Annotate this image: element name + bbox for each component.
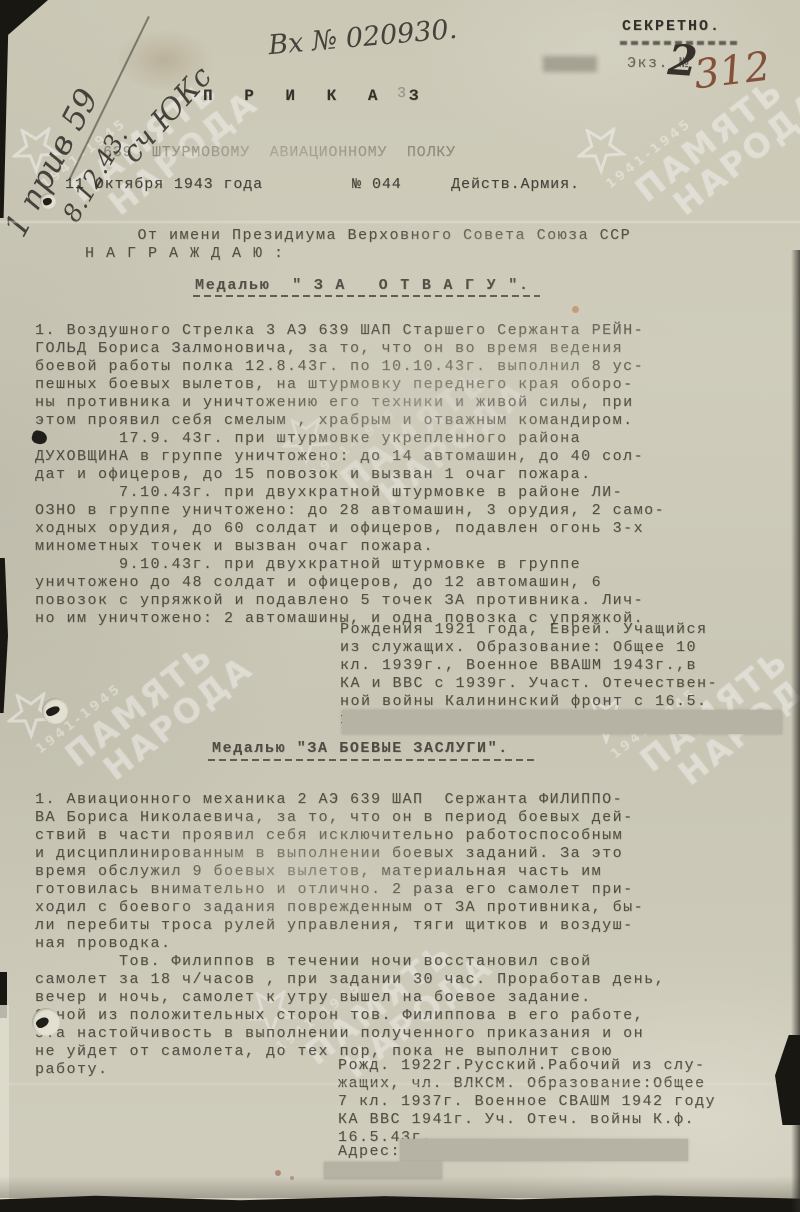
redaction-bar <box>400 1139 688 1161</box>
typed-line: ной войны Калининский фронт с 16.5. <box>340 693 718 711</box>
typed-line: самолет за 18 ч/часов , при задании 30 ч… <box>35 971 665 989</box>
typed-line: уничтожено до 48 солдат и офицеров, до 1… <box>35 574 665 592</box>
paper-crease <box>0 220 800 224</box>
typed-line: ходил с боевого задания поврежденным от … <box>35 899 665 917</box>
punch-hole <box>42 698 68 724</box>
typed-line: вечер и ночь, самолет к утру вышел на бо… <box>35 989 665 1007</box>
order-preamble: От имени Президиума Верховного Совета Со… <box>85 227 631 263</box>
award1-citation: 1. Воздушного Стрелка 3 АЭ 639 ШАП Старш… <box>35 322 665 628</box>
typed-line: дат и офицеров, до 15 повозок и вызван 1… <box>35 466 665 484</box>
order-recipient: 639 ШТУРМОВОМУ АВИАЦИОННОМУ ПОЛКУ <box>103 144 456 161</box>
medal-heading-underline <box>193 295 540 297</box>
typed-line: время обслужил 9 боевых вылетов, материа… <box>35 863 665 881</box>
watermark-word-2: НАРОДА <box>98 648 262 787</box>
typed-line: 7.10.43г. при двухкратной штурмовке в ра… <box>35 484 665 502</box>
typed-line: ли перебиты троса рулей управления, тяги… <box>35 917 665 935</box>
watermark-years: 1941-1945 <box>33 607 219 757</box>
typed-line: КА и ВВС с 1939г. Участ. Отечествен- <box>340 675 718 693</box>
star-icon <box>567 114 634 181</box>
typed-line: повозок с упряжкой и подавлено 5 точек З… <box>35 592 665 610</box>
punch-hole <box>40 193 56 209</box>
typed-line: 7 кл. 1937г. Военное СВАШМ 1942 году <box>338 1093 716 1111</box>
typed-line: минометных точек и вызван очаг пожара. <box>35 538 665 556</box>
scan-edge-right-notch <box>775 1035 800 1125</box>
typed-line: Одной из положительных сторон тов. Филип… <box>35 1007 665 1025</box>
bottom-edge-shadow <box>0 1176 800 1198</box>
typed-line: боевой работы полка 12.8.43г. по 10.10.4… <box>35 358 665 376</box>
typed-line: ны противника и уничтожению его техники … <box>35 394 665 412</box>
typed-line: 17.9. 43г. при штурмовке укрепленного ра… <box>35 430 665 448</box>
paper-crease <box>0 1082 800 1086</box>
typed-line: КА ВВС 1941г. Уч. Отеч. войны К.ф. <box>338 1111 716 1129</box>
typed-line: 9.10.43г. при двухкратной штурмовке в гр… <box>35 556 665 574</box>
typed-line: пешных боевых вылетов, на штурмовку пере… <box>35 376 665 394</box>
typed-line: ствий в части проявил себя исключительно… <box>35 827 665 845</box>
scan-edge-bottom <box>0 1194 800 1212</box>
typed-line: Рожд. 1922г.Русский.Рабочий из слу- <box>338 1057 716 1075</box>
copy-number-ink: 312 <box>691 44 772 99</box>
handwritten-incoming-number: Вх № 020930. <box>267 14 458 61</box>
secret-stamp: СЕКРЕТНО. <box>622 18 721 35</box>
torn-edge-highlight <box>0 1005 9 1201</box>
typed-line: кл. 1939г., Военное ВВАШМ 1943г.,в <box>340 657 718 675</box>
typed-line: ГОЛЬД Бориса Залмоновича, за то, что он … <box>35 340 665 358</box>
order-date-line: 11 Октября 1943 года № 044 Действ.Армия. <box>65 176 580 193</box>
typed-line: готовилась внимательно и отлично. 2 раза… <box>35 881 665 899</box>
typed-line: От имени Президиума Верховного Совета Со… <box>85 227 631 245</box>
medal-heading-za-boevye-zaslugi: Медалью "ЗА БОЕВЫЕ ЗАСЛУГИ". <box>212 740 509 757</box>
typed-line: Н А Г Р А Ж Д А Ю : <box>85 245 631 263</box>
order-title: П Р И К А З <box>203 87 430 105</box>
watermark-word-2: НАРОДА <box>668 83 800 222</box>
punch-hole <box>32 1008 60 1036</box>
rust-spot <box>572 306 579 313</box>
punch-hole-shadow <box>35 1015 51 1029</box>
medal-heading-za-otvagu: Медалью " З А О Т В А Г У ". <box>195 277 530 294</box>
redaction-bar <box>342 710 782 734</box>
scanned-order-document: 1941-1945 ПАМЯТЬ НАРОДА 1941-1945 ПАМЯТЬ… <box>0 0 800 1212</box>
typed-line: ВА Бориса Николаевича, за то, что он в п… <box>35 809 665 827</box>
punch-hole-shadow <box>45 704 61 717</box>
scan-edge-left <box>0 558 8 713</box>
scan-edge-left <box>0 0 9 218</box>
typed-line: ходных орудия, до 60 солдат и офицеров, … <box>35 520 665 538</box>
smudge-mark <box>543 56 597 72</box>
typed-line: и дисциплинированным в выполнении боевых… <box>35 845 665 863</box>
address-label: Адрес: <box>338 1143 401 1161</box>
typed-line: Рождения 1921 года, Еврей. Учащийся <box>340 621 718 639</box>
typed-line: ДУХОВЩИНА в группе уничтожено: до 14 авт… <box>35 448 665 466</box>
typed-line: эта настойчивость в выполнении полученно… <box>35 1025 665 1043</box>
typed-line: 1. Авиационного механика 2 АЭ 639 ШАП Се… <box>35 791 665 809</box>
typed-line: этом проявил себя смелым , храбрым и отв… <box>35 412 665 430</box>
medal-heading-underline <box>208 759 538 761</box>
typed-line: из служащих. Образование: Общее 10 <box>340 639 718 657</box>
typed-line: ная проводка. <box>35 935 665 953</box>
punch-hole-shadow <box>42 197 53 207</box>
award2-citation: 1. Авиационного механика 2 АЭ 639 ШАП Се… <box>35 791 665 1079</box>
typed-line: ОЗНО в группе уничтожено: до 28 автомаши… <box>35 502 665 520</box>
typed-line: 1. Воздушного Стрелка 3 АЭ 639 ШАП Старш… <box>35 322 665 340</box>
typed-line: Тов. Филиппов в течении ночи восстановил… <box>35 953 665 971</box>
award2-bio: Рожд. 1922г.Русский.Рабочий из слу-жащих… <box>338 1057 716 1147</box>
